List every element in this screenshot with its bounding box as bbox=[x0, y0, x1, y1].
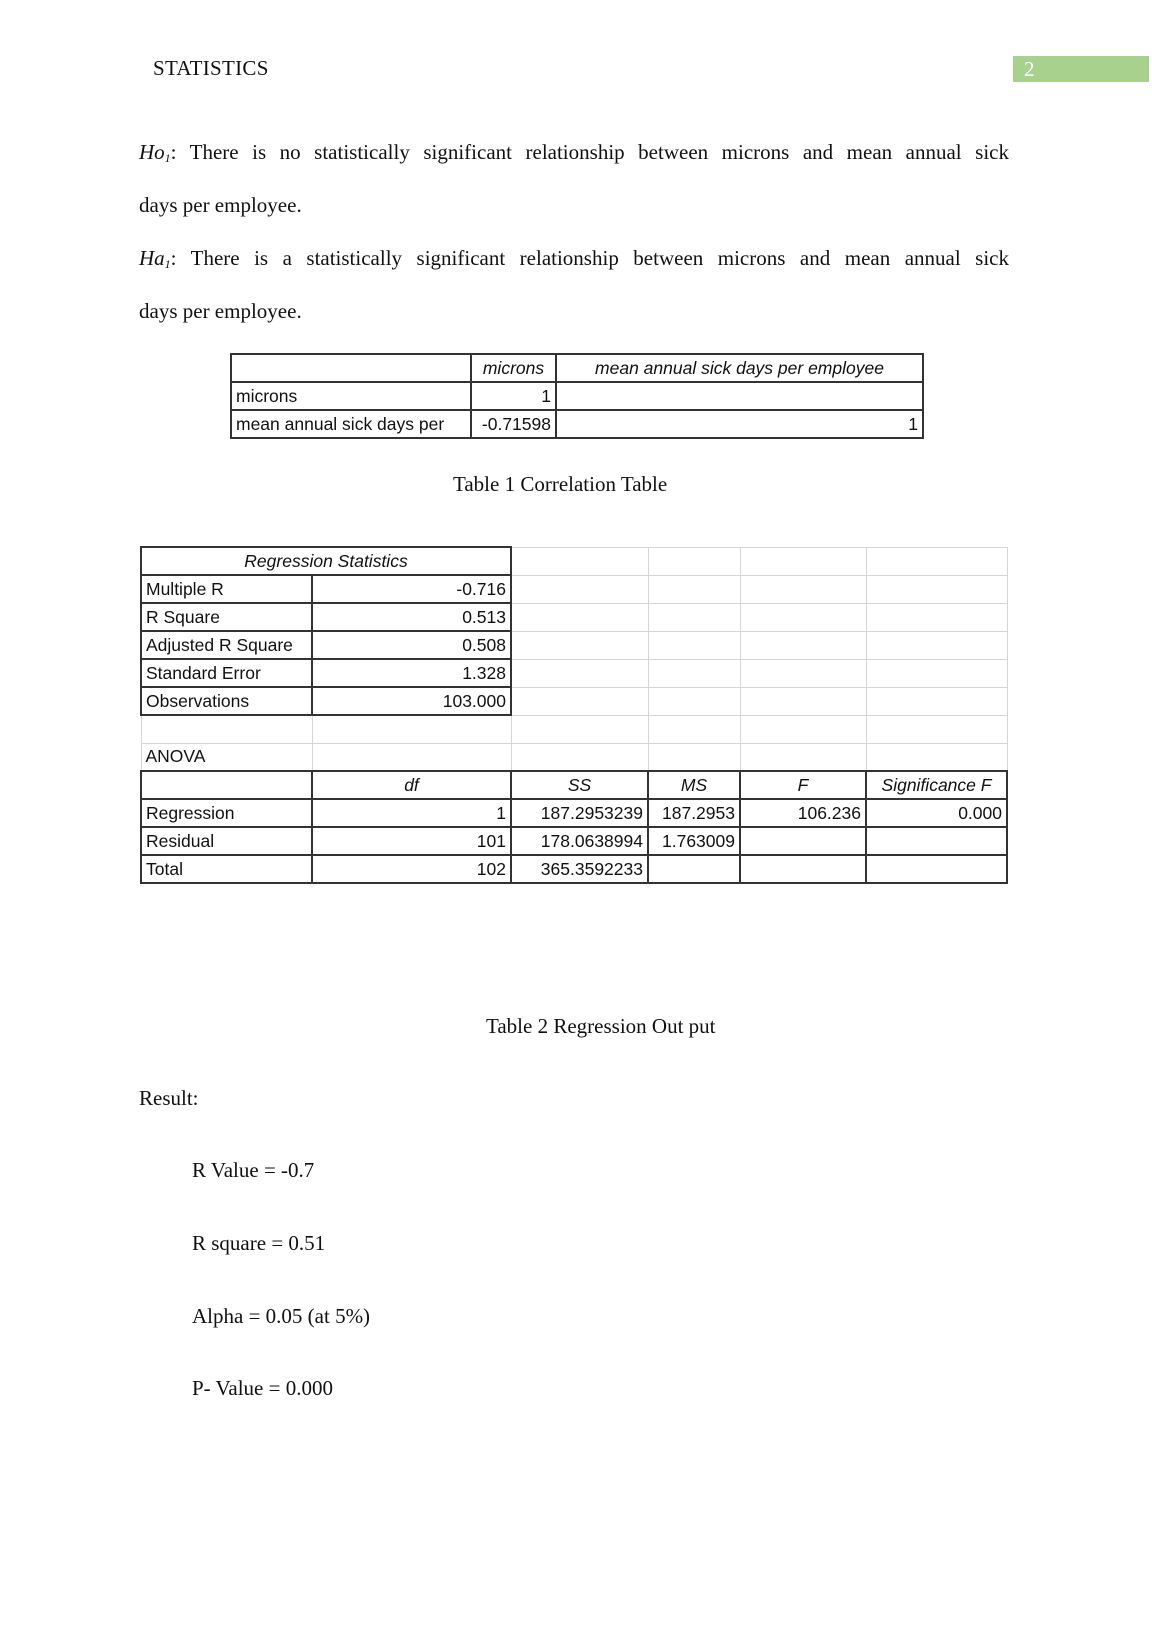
table-header-cell: SS bbox=[511, 771, 648, 799]
table-header-row: df SS MS F Significance F bbox=[141, 771, 1007, 799]
table-cell bbox=[141, 771, 312, 799]
table-cell bbox=[231, 354, 471, 382]
table-header-cell: F bbox=[740, 771, 866, 799]
hypothesis-text: : There is no statistically significant … bbox=[171, 140, 1009, 164]
table-row: Observations 103.000 bbox=[141, 687, 1007, 715]
table-cell bbox=[866, 855, 1007, 883]
table-cell: 0.513 bbox=[312, 603, 511, 631]
alt-hypothesis-cont: days per employee. bbox=[139, 299, 1009, 324]
table-cell: 187.2953 bbox=[648, 799, 740, 827]
correlation-table: microns mean annual sick days per employ… bbox=[230, 353, 924, 439]
result-r-value: R Value = -0.7 bbox=[192, 1158, 314, 1183]
table-row: Residual 101 178.0638994 1.763009 bbox=[141, 827, 1007, 855]
table-cell: 178.0638994 bbox=[511, 827, 648, 855]
table-cell bbox=[740, 827, 866, 855]
table-cell: 1 bbox=[471, 382, 556, 410]
table-cell: microns bbox=[231, 382, 471, 410]
result-heading: Result: bbox=[139, 1086, 199, 1111]
table-cell: Total bbox=[141, 855, 312, 883]
table-cell: R Square bbox=[141, 603, 312, 631]
table-cell bbox=[740, 855, 866, 883]
table-row: Regression Statistics bbox=[141, 547, 1007, 575]
table-header-cell: MS bbox=[648, 771, 740, 799]
table-2-caption: Table 2 Regression Out put bbox=[486, 1014, 716, 1039]
table-header-cell: df bbox=[312, 771, 511, 799]
null-hypothesis: Ho1: There is no statistically significa… bbox=[139, 140, 1009, 166]
table-cell: Standard Error bbox=[141, 659, 312, 687]
table-cell: Regression bbox=[141, 799, 312, 827]
table-cell: 187.2953239 bbox=[511, 799, 648, 827]
table-row: Adjusted R Square 0.508 bbox=[141, 631, 1007, 659]
table-header-cell: Significance F bbox=[866, 771, 1007, 799]
table-cell bbox=[866, 827, 1007, 855]
table-row: Regression 1 187.2953239 187.2953 106.23… bbox=[141, 799, 1007, 827]
table-header-row: microns mean annual sick days per employ… bbox=[231, 354, 923, 382]
anova-label: ANOVA bbox=[141, 743, 312, 771]
regression-table: Regression Statistics Multiple R -0.716 … bbox=[140, 546, 1008, 884]
table-cell: -0.716 bbox=[312, 575, 511, 603]
result-alpha: Alpha = 0.05 (at 5%) bbox=[192, 1304, 370, 1329]
hypothesis-label: Ho bbox=[139, 140, 165, 164]
page-number: 2 bbox=[1013, 56, 1149, 82]
table-header-cell: mean annual sick days per employee bbox=[556, 354, 923, 382]
table-cell bbox=[648, 855, 740, 883]
result-p-value: P- Value = 0.000 bbox=[192, 1376, 333, 1401]
table-row: Total 102 365.3592233 bbox=[141, 855, 1007, 883]
regression-stats-title: Regression Statistics bbox=[141, 547, 511, 575]
table-row: ANOVA bbox=[141, 743, 1007, 771]
table-header-cell: microns bbox=[471, 354, 556, 382]
table-cell: Adjusted R Square bbox=[141, 631, 312, 659]
table-cell: 1.763009 bbox=[648, 827, 740, 855]
table-cell: 102 bbox=[312, 855, 511, 883]
table-cell: 0.508 bbox=[312, 631, 511, 659]
hypothesis-label: Ha bbox=[139, 246, 165, 270]
table-cell: 103.000 bbox=[312, 687, 511, 715]
table-cell: -0.71598 bbox=[471, 410, 556, 438]
table-cell: 1 bbox=[556, 410, 923, 438]
table-cell: 365.3592233 bbox=[511, 855, 648, 883]
table-row: Standard Error 1.328 bbox=[141, 659, 1007, 687]
table-cell: 1.328 bbox=[312, 659, 511, 687]
result-r-square: R square = 0.51 bbox=[192, 1231, 325, 1256]
blank-row bbox=[141, 715, 1007, 743]
table-cell: Residual bbox=[141, 827, 312, 855]
running-header: STATISTICS bbox=[153, 56, 269, 81]
null-hypothesis-cont: days per employee. bbox=[139, 193, 1009, 218]
table-cell: 106.236 bbox=[740, 799, 866, 827]
table-row: microns 1 bbox=[231, 382, 923, 410]
table-cell: 1 bbox=[312, 799, 511, 827]
table-row: Multiple R -0.716 bbox=[141, 575, 1007, 603]
hypothesis-text: : There is a statistically significant r… bbox=[171, 246, 1009, 270]
table-cell: 101 bbox=[312, 827, 511, 855]
table-cell: 0.000 bbox=[866, 799, 1007, 827]
table-cell: mean annual sick days per bbox=[231, 410, 471, 438]
table-cell: Multiple R bbox=[141, 575, 312, 603]
table-row: mean annual sick days per -0.71598 1 bbox=[231, 410, 923, 438]
alt-hypothesis: Ha1: There is a statistically significan… bbox=[139, 246, 1009, 272]
table-cell bbox=[556, 382, 923, 410]
table-row: R Square 0.513 bbox=[141, 603, 1007, 631]
table-1-caption: Table 1 Correlation Table bbox=[453, 472, 667, 497]
table-cell: Observations bbox=[141, 687, 312, 715]
